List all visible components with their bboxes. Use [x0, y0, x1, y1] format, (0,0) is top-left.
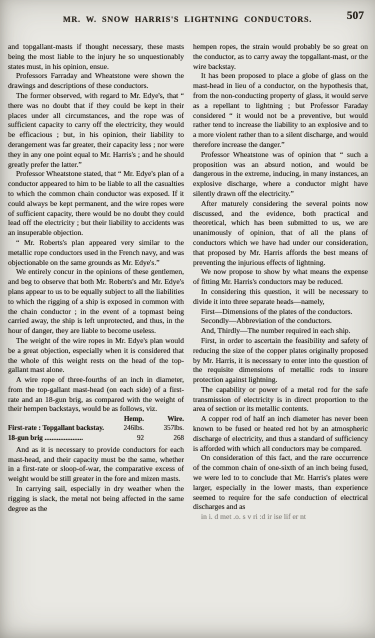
degraded-text-line: in i. d met .o. s v ri :d ir ise lif er … — [193, 512, 368, 522]
running-head: MR. W. SNOW HARRIS'S LIGHTNING CONDUCTOR… — [0, 0, 375, 33]
left-column: and topgallant-masts if thought necessar… — [8, 42, 184, 522]
paragraph: Professor Wheatstone stated, that “ Mr. … — [8, 169, 184, 238]
paragraph: A wire rope of three-fourths of an inch … — [8, 375, 184, 414]
weights-table: Hemp. Wire. First-rate : Topgallant back… — [8, 415, 184, 443]
paragraph: And as it is necessary to provide conduc… — [8, 445, 184, 484]
paragraph: Professors Farraday and Wheatstone were … — [8, 71, 184, 91]
row-hemp-value: 246lbs. — [104, 424, 144, 433]
paragraph: Professor Wheatstone was of opinion that… — [193, 150, 368, 199]
row-label: First-rate : Topgallant backstay.. — [8, 424, 104, 433]
paragraph: The former observed, with regard to Mr. … — [8, 91, 184, 169]
table-header-wire: Wire. — [144, 415, 184, 424]
paragraph: After maturely considering the several p… — [193, 199, 368, 268]
paragraph: The capability or power of a metal rod f… — [193, 385, 368, 414]
paragraph: In considering this question, it will be… — [193, 287, 368, 307]
scan-fade-artifact — [0, 600, 375, 638]
table-header-hemp: Hemp. — [104, 415, 144, 424]
paragraph: A copper rod of half an inch diameter ha… — [193, 414, 368, 453]
paragraph: We now propose to show by what means the… — [193, 267, 368, 287]
row-label: 18-gun brig ...................... — [8, 434, 104, 443]
paragraph: On consideration of this fact, and the r… — [193, 453, 368, 512]
paragraph: It has been proposed to place a globe of… — [193, 71, 368, 149]
row-wire-value: 357lbs. — [144, 424, 184, 433]
paragraph: The weight of the wire ropes in Mr. Edye… — [8, 336, 184, 375]
scanned-book-page: MR. W. SNOW HARRIS'S LIGHTNING CONDUCTOR… — [0, 0, 375, 638]
right-column: hempen ropes, the strain would probably … — [193, 42, 368, 522]
page-header-title: MR. W. SNOW HARRIS'S LIGHTNING CONDUCTOR… — [0, 15, 375, 24]
paragraph: We entirely concur in the opinions of th… — [8, 267, 184, 336]
paragraph: hempen ropes, the strain would probably … — [193, 42, 368, 71]
table-row: 18-gun brig ...................... 92 26… — [8, 434, 184, 443]
row-hemp-value: 92 — [104, 434, 144, 443]
paragraph: In carrying sail, especially in dry weat… — [8, 484, 184, 513]
table-header-row: Hemp. Wire. — [8, 415, 184, 424]
table-header-spacer — [8, 415, 104, 424]
page-number: 507 — [347, 10, 364, 22]
row-wire-value: 268 — [144, 434, 184, 443]
text-columns: and topgallant-masts if thought necessar… — [0, 33, 375, 522]
paragraph: Secondly—Abbreviation of the conductors. — [193, 316, 368, 326]
paragraph: First—Dimensions of the plates of the co… — [193, 307, 368, 317]
paragraph: And, Thirdly—The number required in each… — [193, 326, 368, 336]
table-row: First-rate : Topgallant backstay.. 246lb… — [8, 424, 184, 433]
paragraph: First, in order to ascertain the feasibi… — [193, 336, 368, 385]
paragraph: “ Mr. Roberts's plan appeared very simil… — [8, 238, 184, 267]
paragraph: and topgallant-masts if thought necessar… — [8, 42, 184, 71]
